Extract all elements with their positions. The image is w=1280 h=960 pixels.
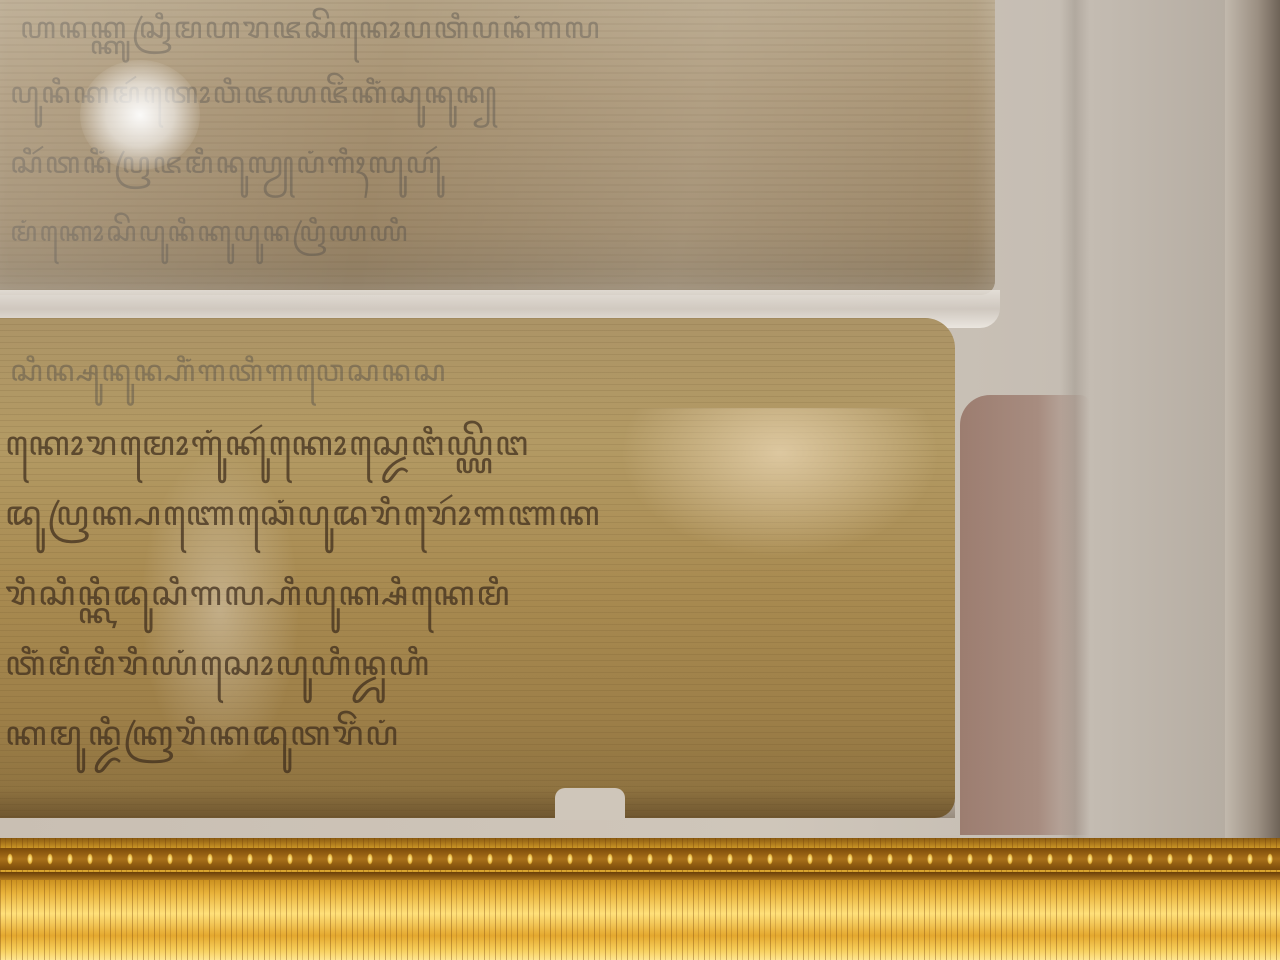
script-line: ꦢꦸꦥꦿꦏ꧀ꦥꦚꦺꦕꦺꦁꦥꦸꦢꦫꦶꦫꦺꦴꦂꦒꦚꦏ [5,488,601,557]
light-glare [80,60,200,170]
leaf-edge-shadow [0,788,955,818]
upper-palm-leaf: ꦲꦤꦏ꧀ꦏꦸꦱꦿꦶꦩꦲꦫꦗꦱꦼꦤꦺꦴꦥꦠꦶꦥꦤꦁꦒꦭ ꦥꦸꦤꦶꦏꦩꦂꦠꦺꦴꦮꦶꦗ… [0,0,995,295]
mat-shadow-edge [1225,0,1280,845]
script-line: ꦏꦺꦴꦫꦩꦺꦴꦒꦸꦁꦏꦸꦂꦏꦺꦴꦱ꧀ꦢꦺꦔꦶꦪ꧀ꦪꦼꦔ [5,418,530,487]
mat-stain [960,395,1090,835]
photo-scene: ꦲꦤꦏ꧀ꦏꦸꦱꦿꦶꦩꦲꦫꦗꦱꦼꦤꦺꦴꦥꦠꦶꦥꦤꦁꦒꦭ ꦥꦸꦤꦶꦏꦩꦂꦠꦺꦴꦮꦶꦗ… [0,0,1280,960]
lower-palm-leaf: ꦱꦶꦤ꧀ꦱꦸꦤꦸꦤ꧀ꦲꦶꦁꦒꦠꦶꦒꦮꦺꦱꦤꦱ ꦏꦺꦴꦫꦩꦺꦴꦒꦸꦁꦏꦸꦂꦏꦺꦴꦱ… [0,318,955,818]
script-line: ꦱꦶꦤ꧀ꦱꦸꦤꦸꦤ꧀ꦲꦶꦁꦒꦠꦶꦒꦮꦺꦱꦤꦱ [10,348,447,409]
script-line: ꦫꦶꦱꦶꦤ꧀ꦏꦶꦢꦸꦱꦶꦒꦭ꧀ꦲꦶꦥꦸꦏ꧀ꦱꦶꦏꦺꦩꦶ [5,568,511,637]
script-line: ꦠꦶꦁꦩꦶꦩꦶꦫꦶꦪꦁꦱꦺꦴꦥꦸꦲꦶꦤ꧀ꦢꦸꦲꦶ [5,638,431,707]
frame-bead-molding [0,848,1280,870]
frame-groove [0,872,1280,880]
bright-patch [620,408,940,558]
leaf-damage-notch [555,788,625,820]
script-line: ꦏꦩꦸꦤ꧀ꦢꦶꦏꦿꦫꦶꦏꦢꦸꦠꦫꦼꦁꦥꦁ [5,708,400,777]
